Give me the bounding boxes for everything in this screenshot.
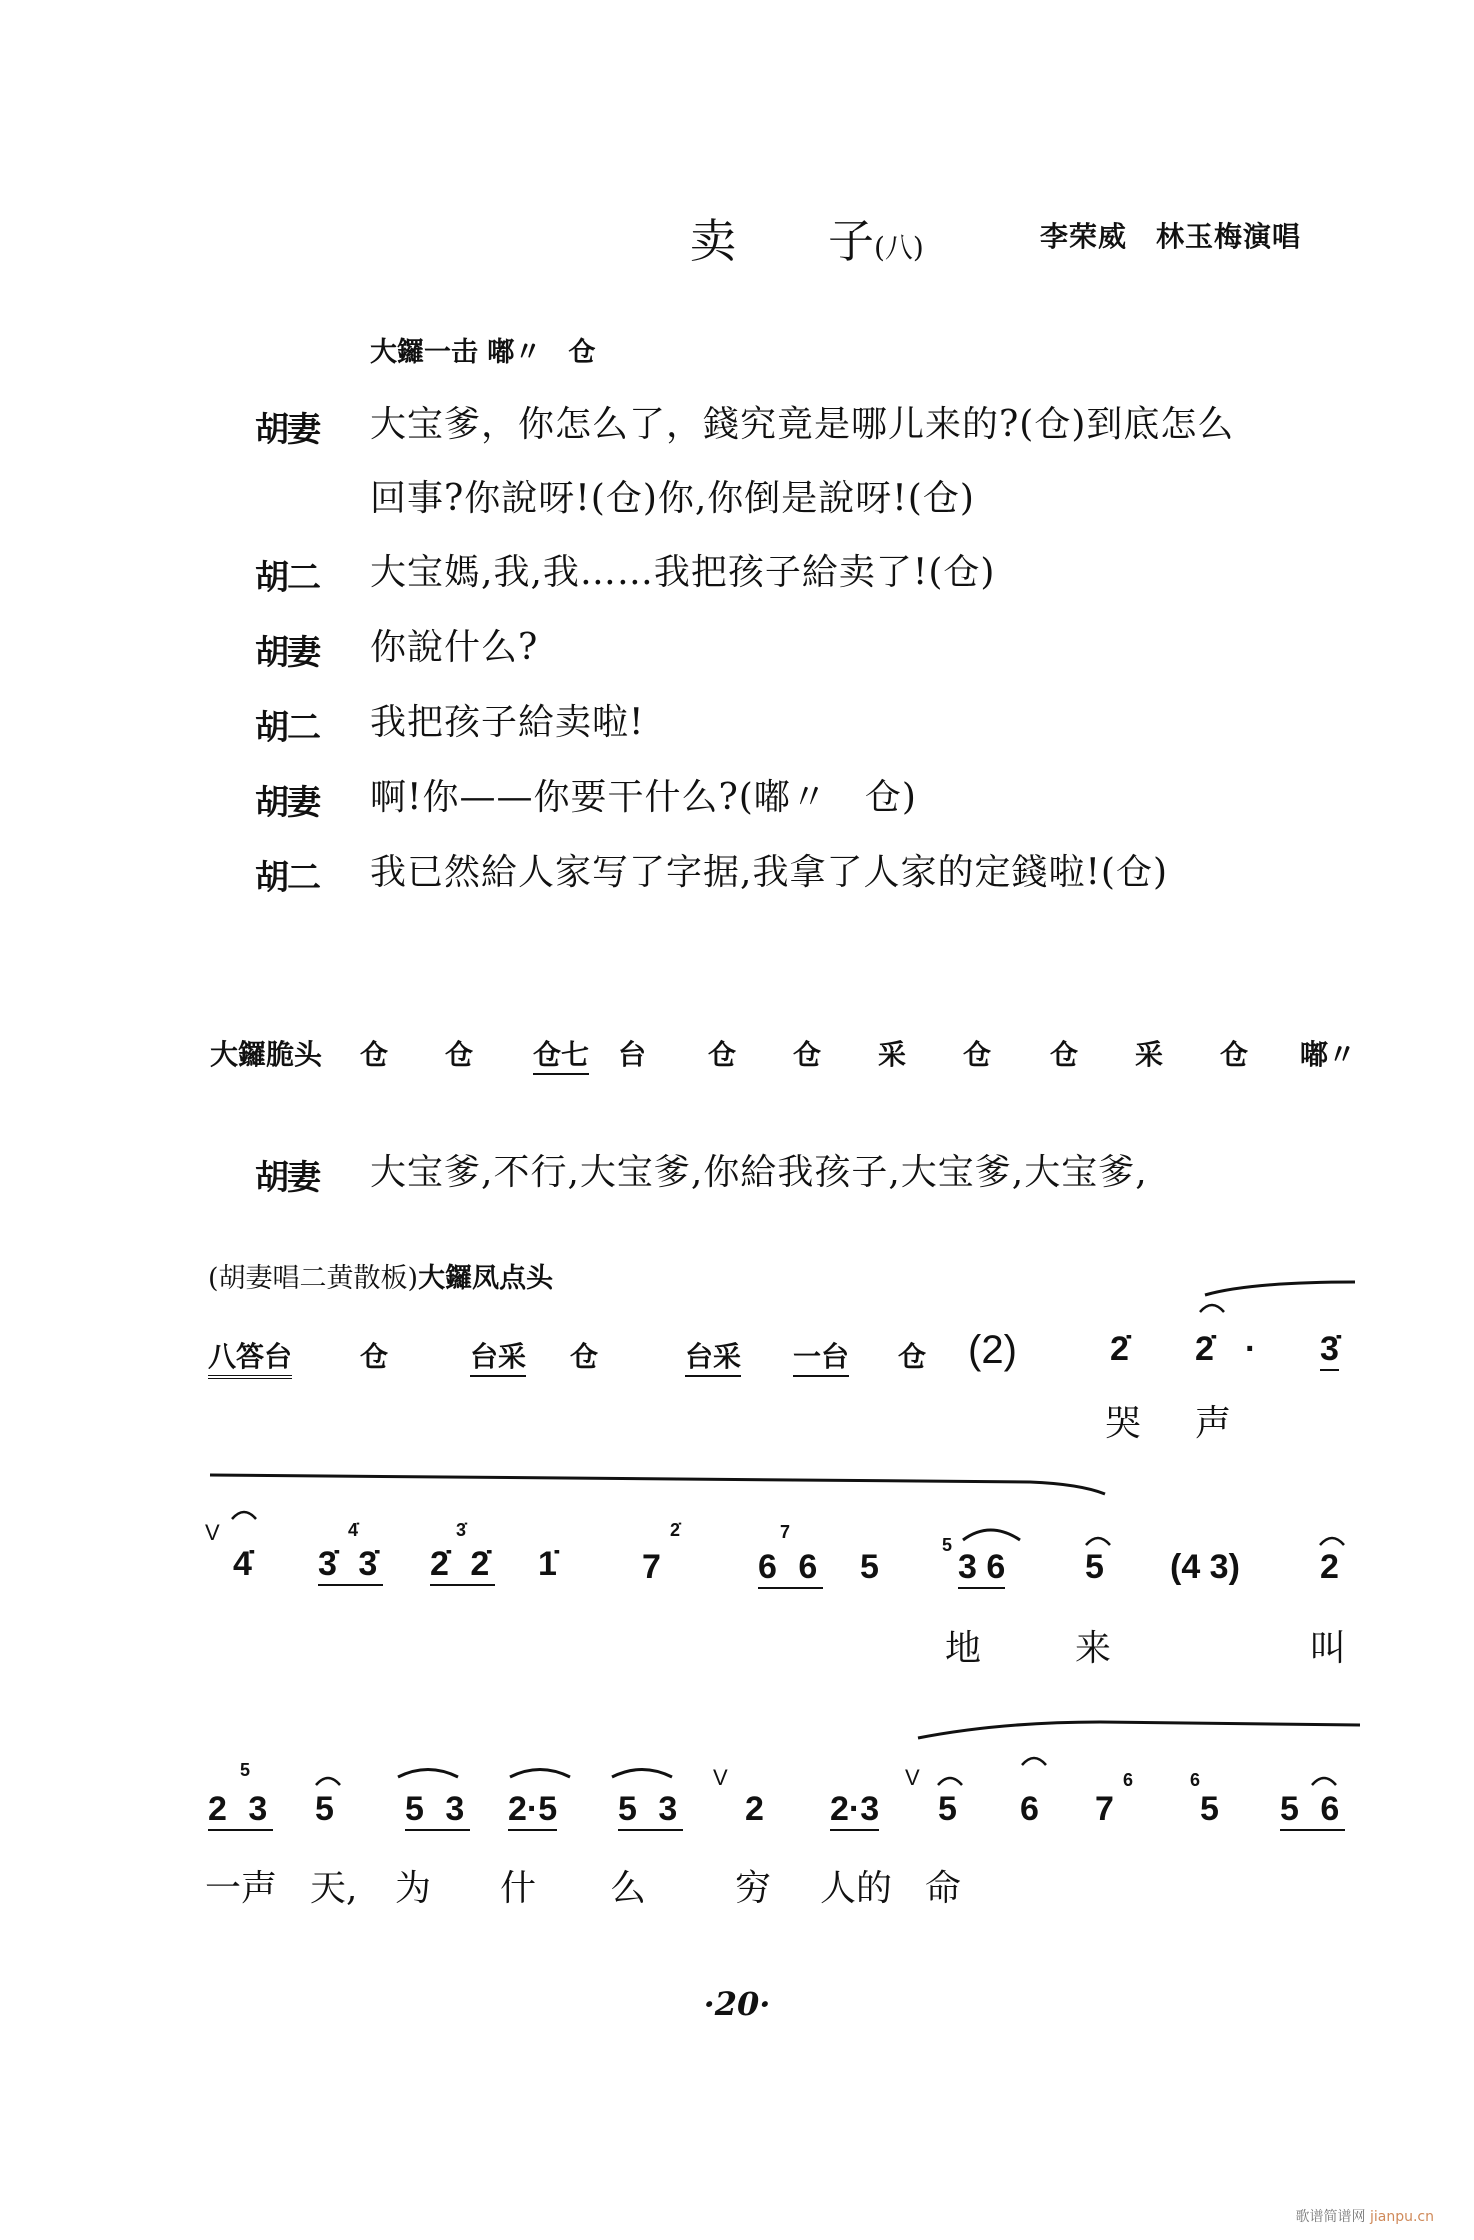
watermark-cn: 歌谱简谱网 (1296, 2209, 1366, 2225)
page-number: ·20· (0, 1985, 1474, 2023)
slur-marks (0, 0, 1474, 2240)
watermark: 歌谱简谱网 jianpu.cn (1296, 2206, 1434, 2226)
watermark-en: jianpu.cn (1370, 2209, 1434, 2225)
